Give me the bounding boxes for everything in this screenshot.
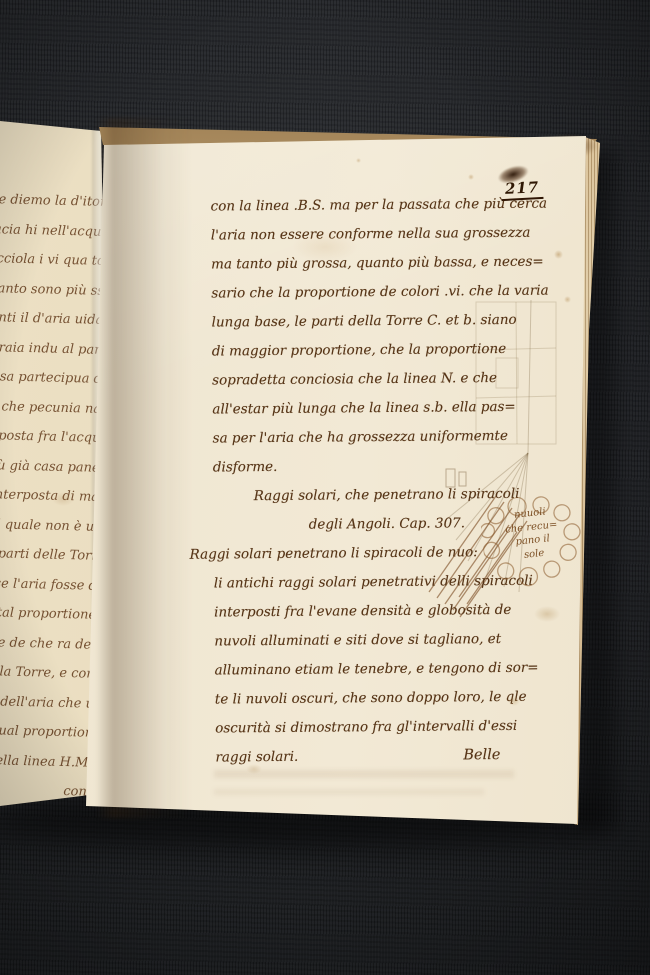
last-line-text: raggi solari. [215,743,298,773]
manuscript-line: zza della linea H.M. [0,744,102,778]
manuscript-line: l'aria non essere conforme nella sua gro… [211,218,558,250]
manuscript-line: con la linea .B.S. ma per la passata che… [210,189,557,221]
manuscript-line: oscurità si dimostrano fra gl'intervalli… [215,711,562,743]
right-page-catchword: Belle [463,741,500,770]
manuscript-line: raggi solari. Belle [215,740,562,772]
manuscript-line: en que parti delle Torr [0,538,107,572]
manuscript-line: sopradetta conciosia che la linea N. e c… [212,363,559,395]
manuscript-line: l più della Torre, e con [0,656,104,690]
manuscript-line: all'estar più lunga che la linea s.b. el… [212,392,559,424]
bleedthrough-smudge [214,789,484,795]
foxing-spot [564,296,571,303]
right-page-text-block: con la linea .B.S. ma per la passata che… [210,189,562,772]
manuscript-line: sario che la proportione de colori .vi. … [211,276,558,308]
manuscript-line: alluminano etiam le tenebre, e tengono d… [215,653,562,685]
manuscript-line: re .B. qual proportion [0,715,103,749]
manuscript-line: te li nuvoli oscuri, che sono doppo loro… [215,682,562,714]
foxing-spot [468,174,474,180]
foxing-spot [356,158,361,163]
manuscript-line: i portione de che ra del [0,626,105,660]
manuscript-photo: rgine e diemo la d'itor ll'audacia hi ne… [0,0,650,975]
margin-annotation: nuuoli che recu= pano il sole [489,503,574,565]
manuscript-line: sa per l'aria che ha grossezza uniformem… [213,421,560,453]
manuscript-line: lunga base, le parti della Torre C. et b… [211,305,558,337]
manuscript-line: ma tanto più grossa, quanto più bassa, e… [211,247,558,279]
manuscript-line: nuvoli alluminati e siti dove si taglian… [214,624,561,656]
manuscript-line: disforme. [213,450,560,482]
manuscript-line: interposti fra l'evane densità e globosi… [214,595,561,627]
manuscript-line: stre dell'aria che u [0,685,103,719]
manuscript-line: zza, che tal proportione [0,597,105,631]
manuscript-line: di maggior proportione, che la proportio… [212,334,559,366]
manuscript-line: e che se l'aria fosse d [0,567,106,601]
